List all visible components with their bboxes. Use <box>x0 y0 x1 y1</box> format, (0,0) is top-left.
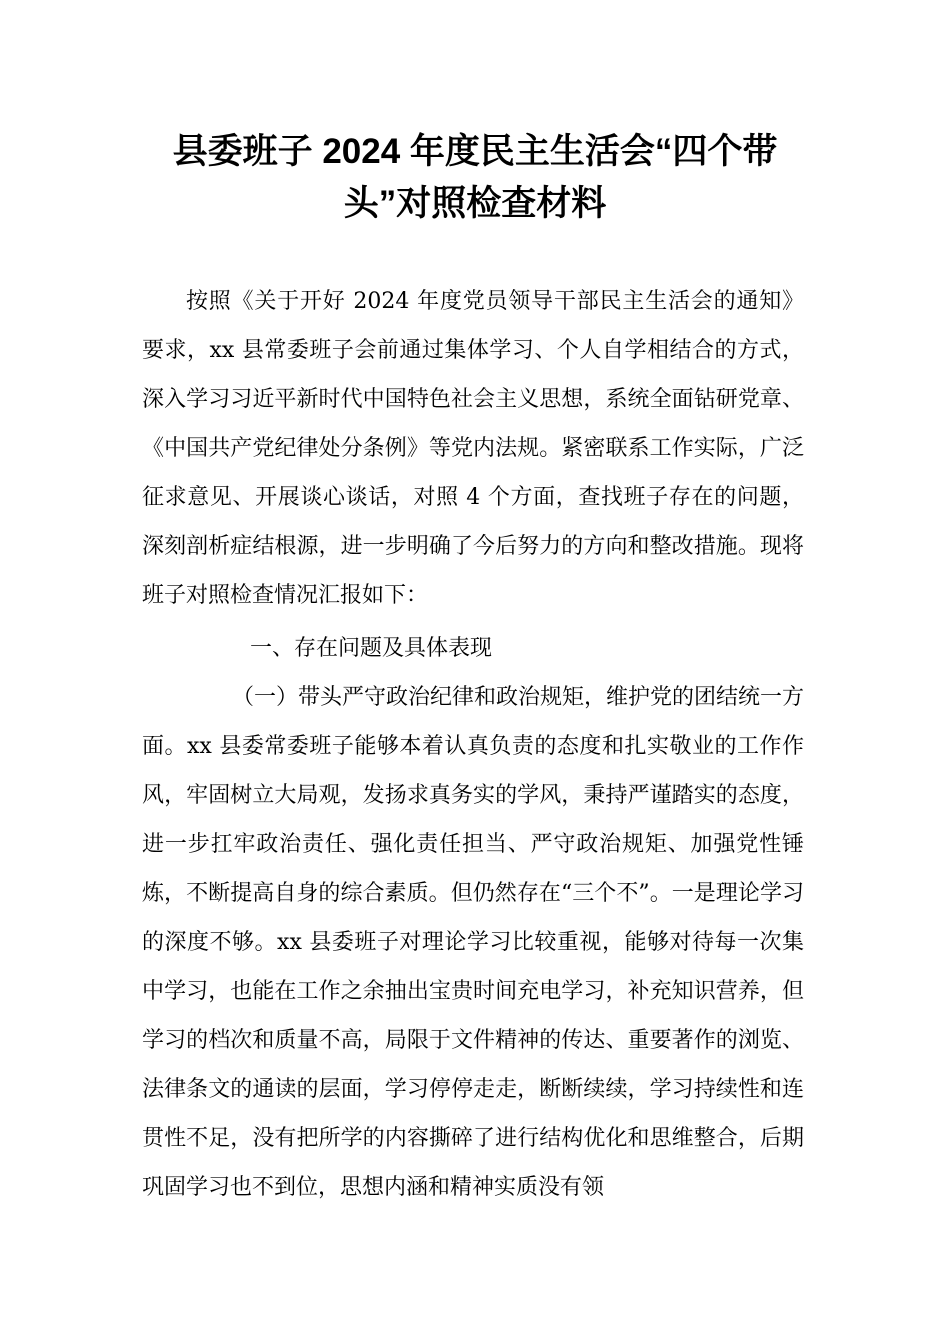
section-one-heading: 一、存在问题及具体表现 <box>142 624 804 673</box>
intro-paragraph: 按照《关于开好 2024 年度党员领导干部民主生活会的通知》要求，xx 县常委班… <box>142 277 804 620</box>
document-title: 县委班子 2024 年度民主生活会“四个带 头”对照检查材料 <box>0 126 950 230</box>
document-body: 按照《关于开好 2024 年度党员领导干部民主生活会的通知》要求，xx 县常委班… <box>142 277 804 1212</box>
document-title-line-2: 头”对照检查材料 <box>0 178 950 230</box>
document-title-line-1: 县委班子 2024 年度民主生活会“四个带 <box>0 126 950 178</box>
document-page: 县委班子 2024 年度民主生活会“四个带 头”对照检查材料 按照《关于开好 2… <box>0 0 950 1344</box>
section-one-paragraph: （一）带头严守政治纪律和政治规矩，维护党的团结统一方面。xx 县委常委班子能够本… <box>142 673 804 1212</box>
